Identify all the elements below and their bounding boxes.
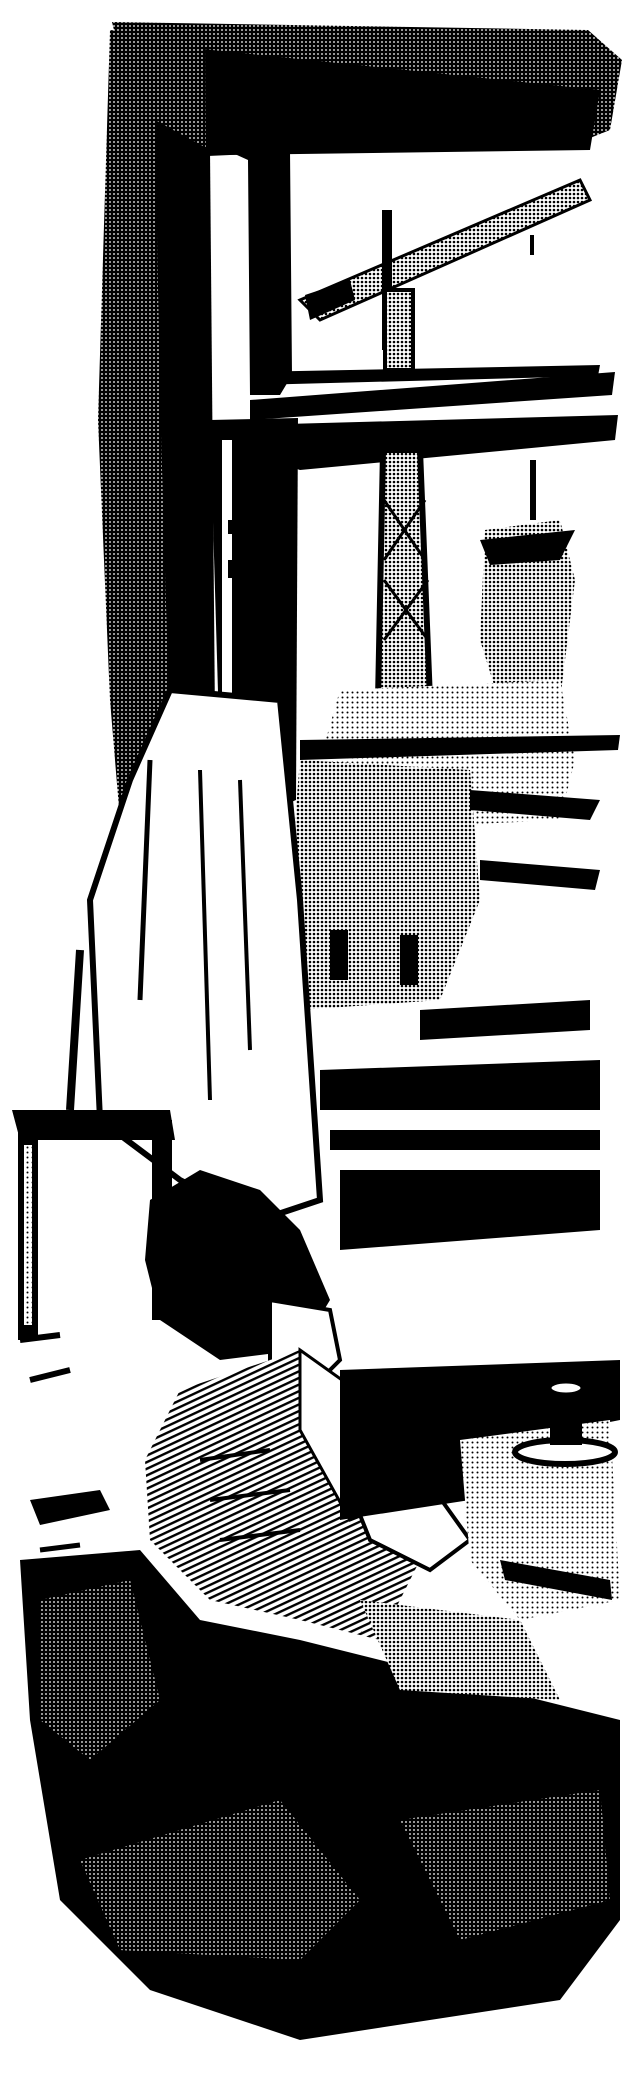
window-crossbar xyxy=(250,365,618,470)
curtain xyxy=(70,690,320,1220)
buildings-under-construction xyxy=(290,460,620,1250)
illustration xyxy=(0,0,640,2085)
